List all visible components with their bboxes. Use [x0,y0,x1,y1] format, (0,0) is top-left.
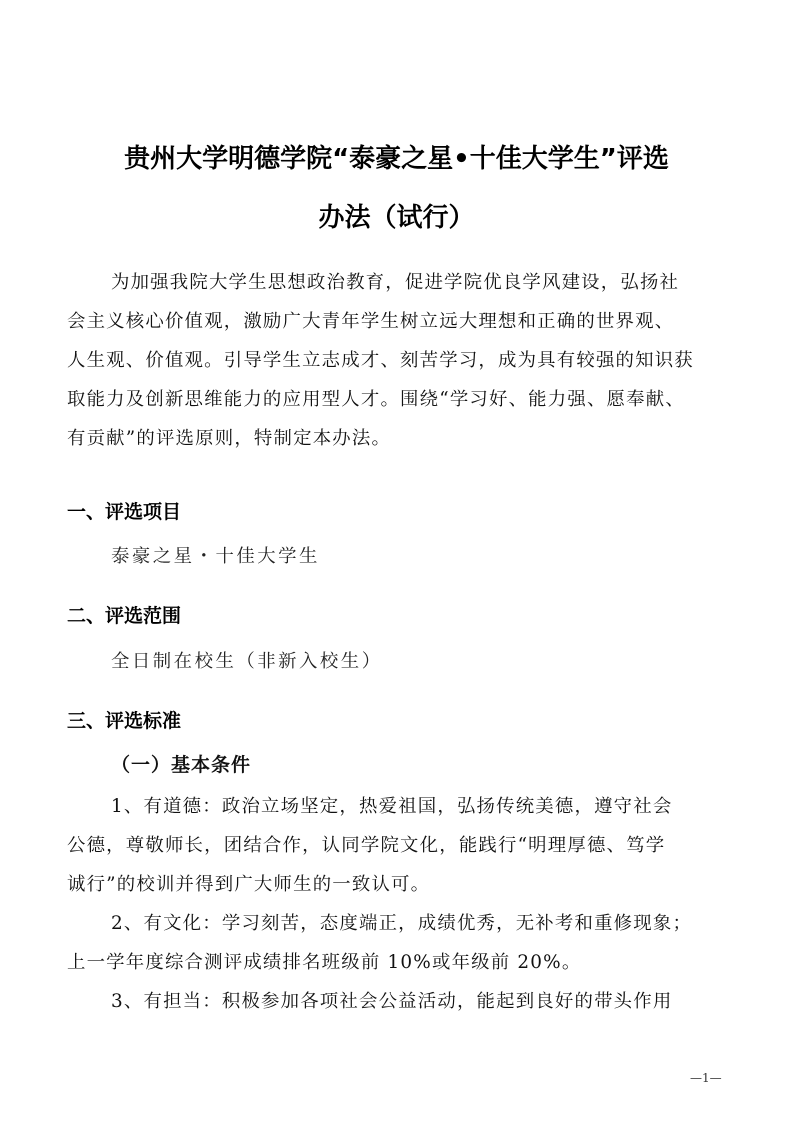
criteria-line: 上一学年度综合测评成绩排名班级前 10%或年级前 20%。 [67,943,735,982]
criteria-line: 3、有担当：积极参加各项社会公益活动，能起到良好的带头作用 [67,982,735,1021]
criteria-line: 1、有道德：政治立场坚定，热爱祖国，弘扬传统美德，遵守社会 [67,787,735,826]
criteria-line: 公德，尊敬师长，团结合作，认同学院文化，能践行“明理厚德、笃学 [67,826,735,865]
section-heading-1: 一、评选项目 [67,497,181,524]
document-page: 贵州大学明德学院“泰豪之星•十佳大学生”评选 办法（试行） 为加强我院大学生思想… [0,0,793,1122]
intro-line: 有贡献”的评选原则，特制定本办法。 [67,419,735,458]
section-content-2: 全日制在校生（非新入校生） [111,647,383,673]
intro-line: 会主义核心价值观，激励广大青年学生树立远大理想和正确的世界观、 [67,302,735,341]
intro-paragraph: 为加强我院大学生思想政治教育，促进学院优良学风建设，弘扬社 会主义核心价值观，激… [67,263,735,458]
criteria-paragraphs: 1、有道德：政治立场坚定，热爱祖国，弘扬传统美德，遵守社会 公德，尊敬师长，团结… [67,787,735,1021]
subsection-heading: （一）基本条件 [111,750,251,777]
intro-line: 取能力及创新思维能力的应用型人才。围绕“学习好、能力强、愿奉献、 [67,380,735,419]
section-heading-2: 二、评选范围 [67,601,181,628]
document-title-line-2: 办法（试行） [0,197,793,234]
intro-line: 人生观、价值观。引导学生立志成才、刻苦学习，成为具有较强的知识获 [67,341,735,380]
intro-line: 为加强我院大学生思想政治教育，促进学院优良学风建设，弘扬社 [67,263,735,302]
section-heading-3: 三、评选标准 [67,706,181,733]
criteria-line: 诚行”的校训并得到广大师生的一致认可。 [67,865,735,904]
criteria-line: 2、有文化：学习刻苦，态度端正，成绩优秀，无补考和重修现象； [67,904,735,943]
section-content-1: 泰豪之星・十佳大学生 [111,542,320,568]
document-title-line-1: 贵州大学明德学院“泰豪之星•十佳大学生”评选 [0,138,793,175]
page-number: —1— [690,1071,722,1085]
